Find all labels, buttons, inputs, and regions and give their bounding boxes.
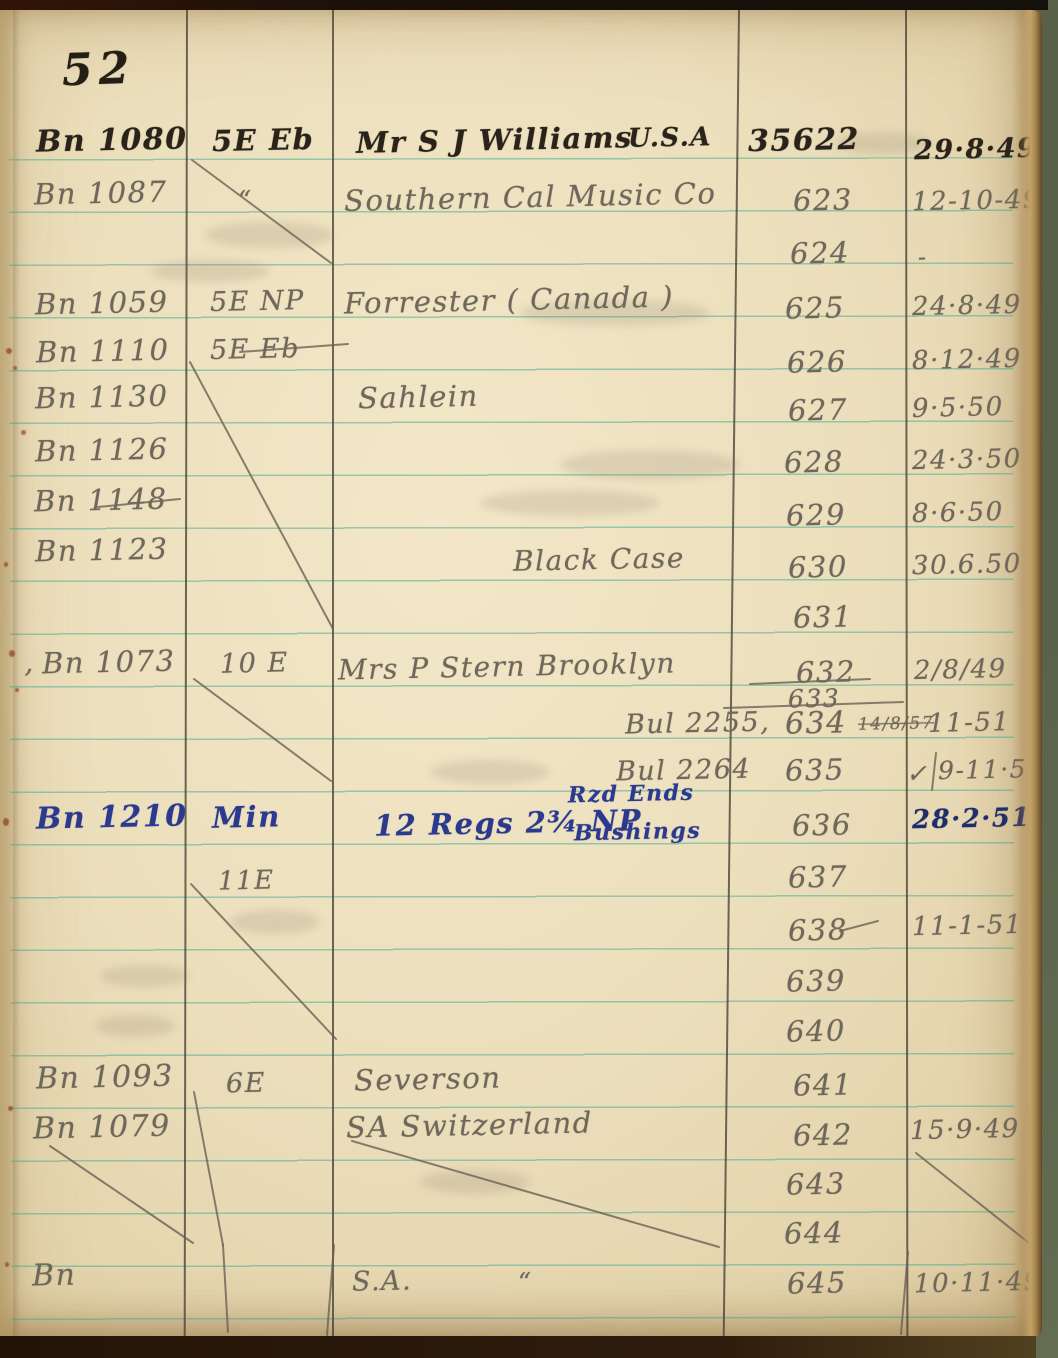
class-entry: 6E [226, 1068, 267, 1100]
page-number: 52 [61, 43, 136, 97]
pencil-stroke [191, 884, 336, 1039]
pencil-stroke [901, 1252, 908, 1334]
name-entry: Black Case [513, 541, 685, 578]
works-number-entry: 629 [786, 497, 847, 532]
date-entry: 9·5·50 [912, 392, 1004, 424]
works-number-entry: 644 [784, 1215, 845, 1250]
works-number-entry: 638 [788, 912, 849, 947]
date-entry: 8·6·50 [912, 497, 1004, 529]
name-entry: U.S.A [628, 122, 713, 154]
pencil-stroke [352, 1141, 719, 1247]
name-entry: Forrester ( Canada ) [344, 280, 675, 321]
class-entry: Min [212, 799, 281, 834]
works-number-entry: 637 [788, 859, 849, 894]
works-number-entry: 634 [785, 705, 847, 741]
works-number-entry: 631 [793, 599, 854, 634]
bottom-binding-edge [0, 1336, 1036, 1358]
serial-entry: Bn 1123 [35, 532, 169, 569]
pencil-stroke [327, 1245, 334, 1335]
works-number-entry: ✓ [906, 759, 929, 788]
works-number-entry: 635 [785, 752, 846, 787]
serial-entry: Bn 1210 [36, 798, 188, 836]
class-entry: 11E [218, 865, 275, 896]
name-entry: Severson [354, 1060, 502, 1097]
works-number-entry: 642 [793, 1117, 854, 1152]
date-entry: 15·9·49 [910, 1114, 1020, 1146]
top-binding-edge [0, 0, 1048, 10]
serial-entry: Bn 1093 [36, 1059, 174, 1097]
serial-entry: Bn 1110 [36, 333, 170, 370]
works-number-entry: 623 [793, 182, 854, 217]
class-entry: 10 E [220, 647, 289, 679]
pencil-stroke [190, 362, 333, 629]
name-entry: “ [518, 1268, 533, 1298]
serial-entry: Bn [32, 1258, 77, 1294]
works-number-entry: 628 [784, 444, 845, 479]
pencil-stroke [932, 753, 936, 790]
date-entry: 11-1-51 [912, 910, 1023, 942]
works-number-entry: 643 [786, 1166, 847, 1201]
class-entry: 5E Eb [210, 333, 301, 366]
class-entry: “ [238, 186, 253, 216]
works-number-entry: 14/8/57 [858, 713, 934, 735]
serial-entry: Bn 1148 [34, 482, 168, 519]
works-number-entry: 627 [788, 392, 849, 427]
pencil-stroke [50, 1146, 193, 1243]
works-number-entry: 624 [790, 235, 851, 270]
date-entry: - [918, 243, 928, 271]
name-entry: Bushings [574, 818, 702, 847]
serial-entry: Bn 1080 [36, 121, 188, 159]
class-entry: 5E Eb [212, 122, 315, 158]
serial-entry: Bn 1073 [42, 644, 176, 681]
works-number-entry: 630 [788, 549, 849, 584]
serial-entry: Bn 1087 [34, 175, 168, 212]
name-entry: Rzd Ends [568, 780, 695, 809]
ledger-scan-page: 52 Bn 10805E EbMr S J WilliamsU.S.A35622… [0, 0, 1058, 1358]
pencil-stroke [194, 679, 331, 781]
serial-entry: Bn 1126 [35, 432, 169, 469]
serial-entry: Bn 1130 [35, 379, 169, 416]
date-entry: 24·3·50 [912, 444, 1022, 476]
works-number-entry: 645 [787, 1265, 848, 1300]
date-entry: 11-51 [928, 707, 1011, 739]
date-entry: 24·8·49 [912, 290, 1022, 322]
serial-entry: , [24, 645, 35, 679]
works-number-entry: 625 [785, 290, 846, 325]
works-number-entry: 626 [787, 344, 848, 379]
works-number-entry: 640 [786, 1013, 847, 1048]
name-entry: Bul 2255, [625, 706, 771, 740]
name-entry: Mr S J Williams [356, 120, 633, 160]
name-entry: SA Switzerland [346, 1105, 593, 1144]
works-number-entry: 636 [792, 807, 853, 842]
works-number-entry: 639 [786, 963, 847, 998]
serial-entry: Bn 1079 [33, 1109, 171, 1147]
name-entry: S.A. [352, 1265, 413, 1297]
date-entry: 30.6.50 [912, 549, 1022, 581]
pencil-stroke [192, 160, 331, 263]
works-number-entry: 35622 [748, 122, 861, 159]
pencil-stroke [223, 1245, 228, 1332]
serial-entry: Bn 1059 [35, 285, 169, 322]
date-entry: 2/8/49 [914, 654, 1007, 686]
page-stack-edge [1012, 10, 1042, 1336]
name-entry: Sahlein [358, 379, 479, 416]
name-entry: Mrs P Stern Brooklyn [338, 646, 676, 686]
works-number-entry: 641 [793, 1067, 854, 1102]
class-entry: 5E NP [210, 285, 305, 318]
pencil-stroke [194, 1092, 223, 1245]
date-entry: 8·12·49 [912, 344, 1022, 376]
